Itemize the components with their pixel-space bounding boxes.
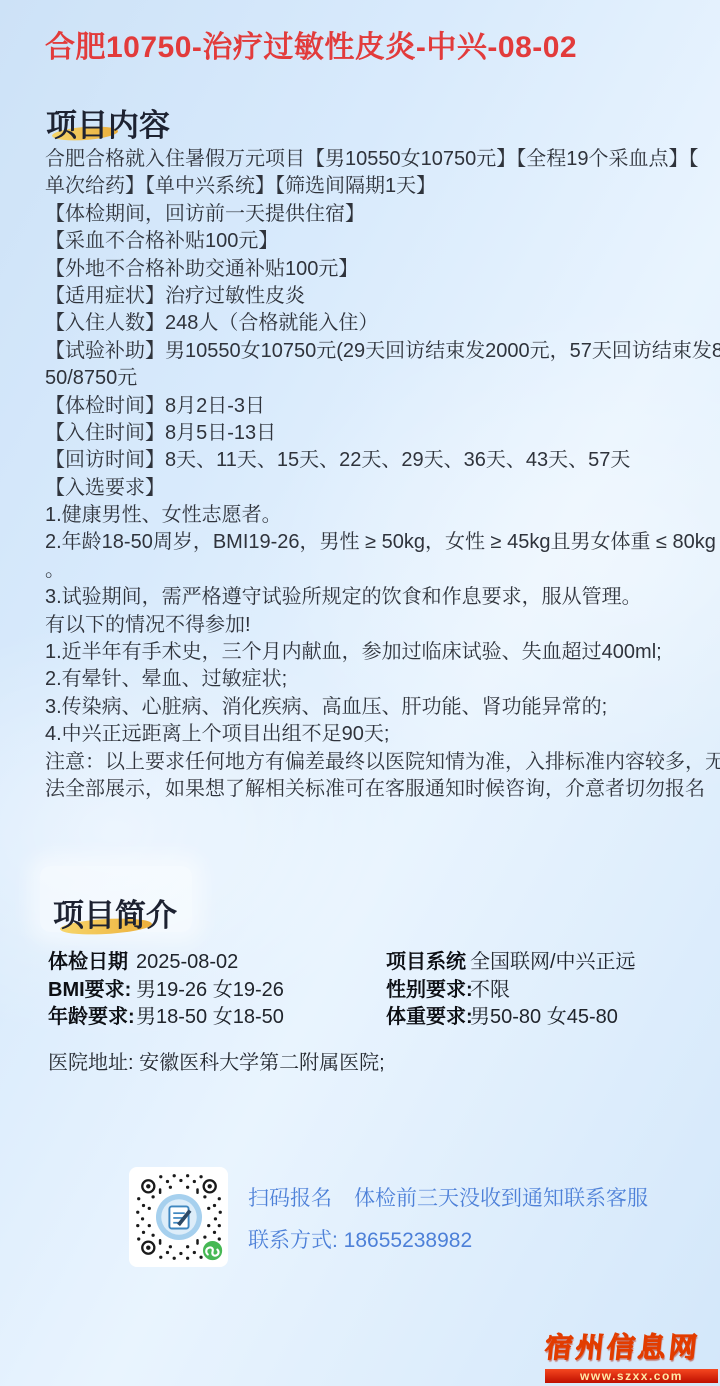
- wechat-badge-icon: [202, 1240, 223, 1261]
- hospital-address: 医院地址: 安徽医科大学第二附属医院;: [48, 1046, 385, 1075]
- info-value: 全国联网/中兴正远: [470, 949, 636, 977]
- info-label: BMI要求:: [48, 977, 136, 1005]
- content-line: 合肥合格就入住暑假万元项目【男10550女10750元】【全程19个采血点】【: [45, 146, 705, 173]
- content-line: 【试验补助】男10550女10750元(29天回访结束发2000元，57天回访结…: [45, 338, 705, 365]
- content-line: 单次给药】【单中兴系统】【筛选间隔期1天】: [45, 173, 705, 200]
- info-label: 性别要求:: [386, 977, 470, 1005]
- content-line: 2.有晕针、晕血、过敏症状;: [45, 666, 705, 693]
- scan-label: 扫码报名: [248, 1187, 332, 1210]
- content-line: 【外地不合格补助交通补贴100元】: [45, 256, 705, 283]
- content-line: 3.试验期间，需严格遵守试验所规定的饮食和作息要求，服从管理。: [45, 584, 705, 611]
- scan-instruction-line: 扫码报名体检前三天没收到通知联系客服: [248, 1182, 648, 1212]
- content-line: 。: [45, 557, 705, 584]
- content-line: 【入住人数】248人（合格就能入住）: [45, 310, 705, 337]
- content-line: 1.近半年有手术史，三个月内献血，参加过临床试验、失血超过400ml;: [45, 639, 705, 666]
- content-line: 4.中兴正远距离上个项目出组不足90天;: [45, 721, 705, 748]
- info-row-exam-date: 体检日期 2025-08-02: [48, 949, 284, 977]
- content-line: 3.传染病、心脏病、消化疾病、高血压、肝功能、肾功能异常的;: [45, 694, 705, 721]
- page-title: 合肥10750-治疗过敏性皮炎-中兴-08-02: [45, 22, 577, 66]
- content-line: 2.年龄18-50周岁，BMI19-26，男性 ≥ 50kg，女性 ≥ 45kg…: [45, 529, 705, 556]
- content-line: 有以下的情况不得参加!: [45, 612, 705, 639]
- section-heading-content: 项目内容: [46, 100, 170, 145]
- info-row-bmi: BMI要求: 男19-26 女19-26: [48, 977, 284, 1005]
- info-label: 体重要求:: [386, 1004, 470, 1032]
- mini-program-qr-code: [129, 1167, 228, 1267]
- info-column-right: 项目系统 全国联网/中兴正远 性别要求: 不限 体重要求: 男50-80 女45…: [386, 949, 636, 1032]
- info-value: 男19-26 女19-26: [136, 977, 284, 1005]
- recruitment-poster: 合肥10750-治疗过敏性皮炎-中兴-08-02 项目内容 合肥合格就入住暑假万…: [0, 0, 720, 1386]
- info-row-system: 项目系统 全国联网/中兴正远: [386, 949, 636, 977]
- document-pencil-icon: [169, 1206, 191, 1228]
- content-line: 1.健康男性、女性志愿者。: [45, 502, 705, 529]
- watermark-site-url: www.szxx.com: [545, 1369, 718, 1383]
- info-label: 项目系统: [386, 949, 470, 977]
- qr-code-graphic: [132, 1170, 226, 1264]
- info-column-left: 体检日期 2025-08-02 BMI要求: 男19-26 女19-26 年龄要…: [48, 949, 284, 1032]
- info-row-age: 年龄要求: 男18-50 女18-50: [48, 1004, 284, 1032]
- contact-line: 联系方式: 18655238982: [248, 1224, 472, 1254]
- content-line: 【适用症状】治疗过敏性皮炎: [45, 283, 705, 310]
- content-line: 50/8750元: [45, 365, 705, 392]
- content-line: 【采血不合格补贴100元】: [45, 228, 705, 255]
- content-line: 【入选要求】: [45, 475, 705, 502]
- info-value: 男18-50 女18-50: [136, 1004, 284, 1032]
- content-line: 【体检期间，回访前一天提供住宿】: [45, 201, 705, 228]
- notice-text: 体检前三天没收到通知联系客服: [354, 1187, 648, 1210]
- content-line: 【体检时间】8月2日-3日: [45, 393, 705, 420]
- section-heading-intro: 项目简介: [53, 890, 177, 935]
- info-row-weight: 体重要求: 男50-80 女45-80: [386, 1004, 636, 1032]
- info-label: 年龄要求:: [48, 1004, 136, 1032]
- info-row-gender: 性别要求: 不限: [386, 977, 636, 1005]
- content-line: 法全部展示，如果想了解相关标准可在客服通知时候咨询，介意者切勿报名: [45, 776, 705, 803]
- content-line: 【入住时间】8月5日-13日: [45, 420, 705, 447]
- watermark-site-name: 宿州信息网: [543, 1326, 720, 1366]
- info-label: 体检日期: [48, 949, 136, 977]
- info-value: 2025-08-02: [136, 949, 238, 977]
- content-line: 注意：以上要求任何地方有偏差最终以医院知情为准，入排标准内容较多，无: [45, 749, 705, 776]
- site-watermark: 宿州信息网 www.szxx.com: [545, 1326, 718, 1383]
- info-value: 不限: [470, 977, 510, 1005]
- info-value: 男50-80 女45-80: [470, 1004, 618, 1032]
- content-line: 【回访时间】8天、11天、15天、22天、29天、36天、43天、57天: [45, 447, 705, 474]
- project-content-text: 合肥合格就入住暑假万元项目【男10550女10750元】【全程19个采血点】【 …: [45, 146, 705, 803]
